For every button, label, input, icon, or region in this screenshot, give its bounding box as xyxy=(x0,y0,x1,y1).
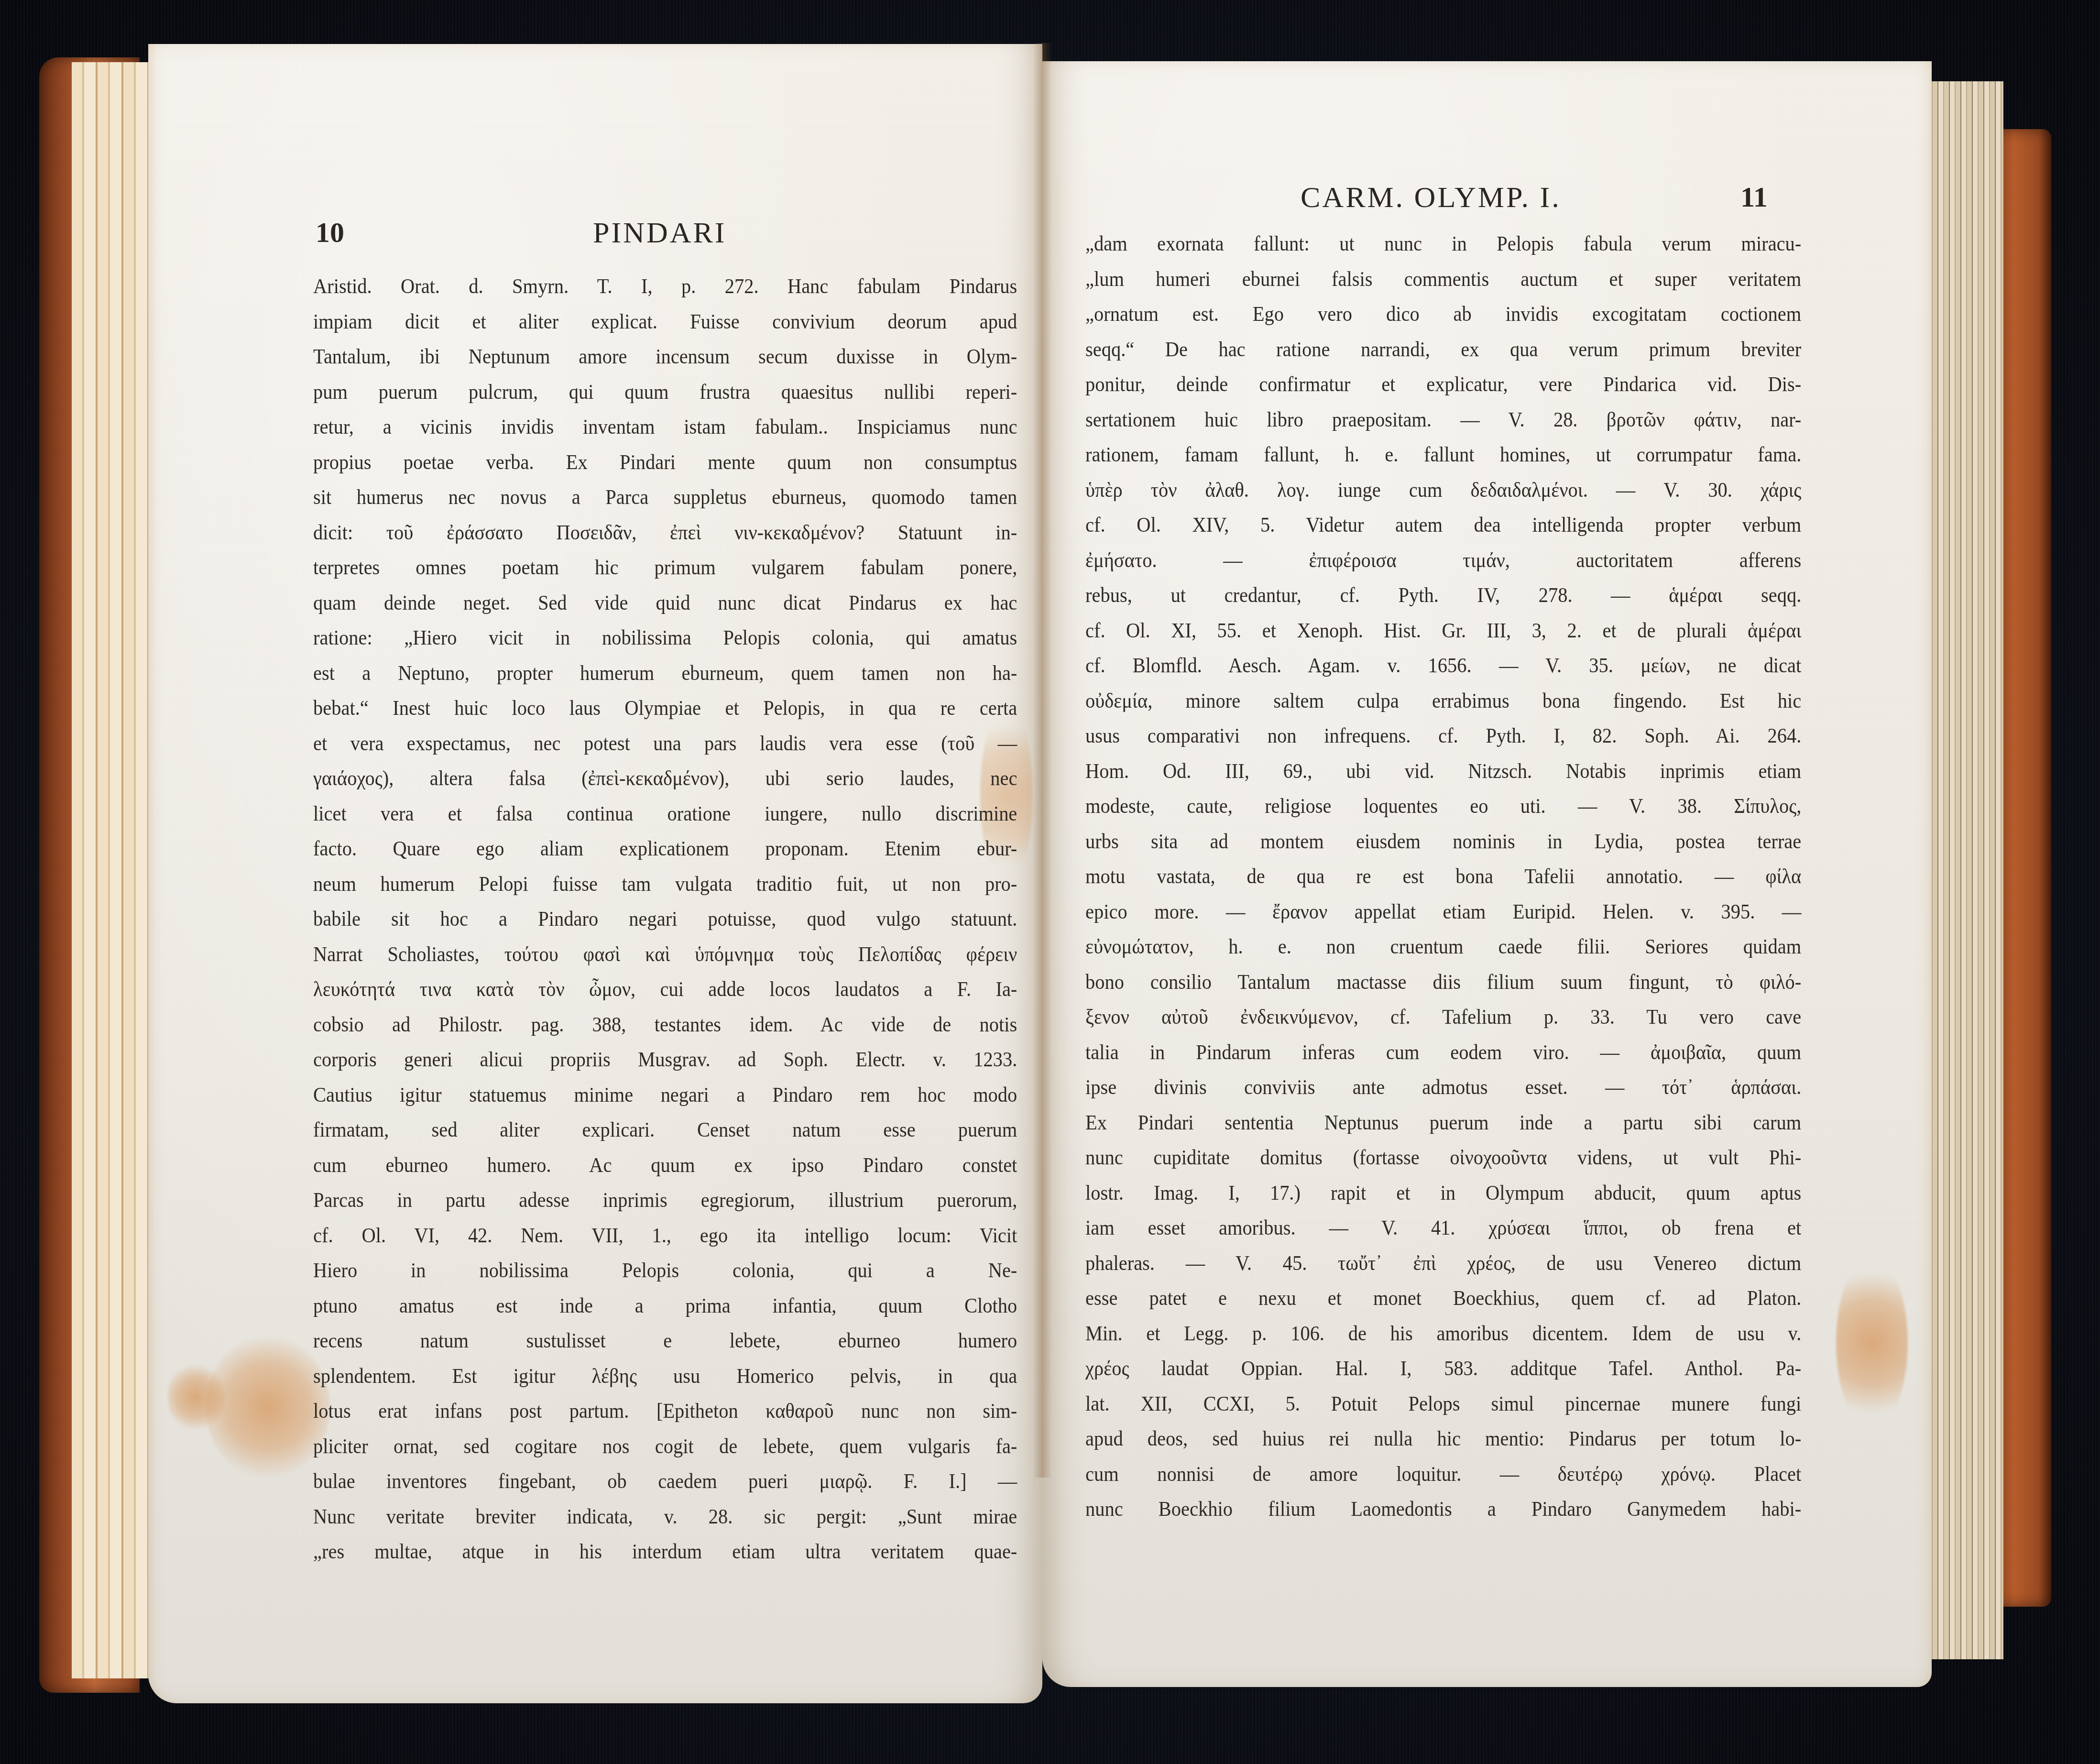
text-line: nunc Boeckhio filium Laomedontis a Pinda… xyxy=(1085,1491,1801,1527)
text-line: ξενον αὐτοῦ ἐνδεικνύμενον, cf. Tafelium … xyxy=(1085,999,1801,1035)
text-line: cobsio ad Philostr. pag. 388, testantes … xyxy=(313,1007,1017,1042)
page-edges-right xyxy=(1927,81,2003,1659)
text-line: propius poetae verba. Ex Pindari mente q… xyxy=(313,445,1017,480)
left-page: 10 PINDARI Aristid. Orat. d. Smyrn. T. I… xyxy=(148,44,1042,1703)
text-line: lostr. Imag. I, 17.) rapit et in Olympum… xyxy=(1085,1175,1801,1211)
text-line: iam esset amoribus. — V. 41. χρύσεαι ἵππ… xyxy=(1085,1210,1801,1246)
text-line: Hom. Od. III, 69., ubi vid. Nitzsch. Not… xyxy=(1085,754,1801,789)
text-line: cf. Ol. VI, 42. Nem. VII, 1., ego ita in… xyxy=(313,1218,1017,1253)
text-line: est a Neptuno, propter humerum eburneum,… xyxy=(313,656,1017,691)
text-line: phaleras. — V. 45. τωὔτ᾽ ἐπὶ χρέος, de u… xyxy=(1085,1246,1801,1281)
text-line: terpretes omnes poetam hic primum vulgar… xyxy=(313,550,1017,585)
text-line: rationem, famam fallunt, h. e. fallunt h… xyxy=(1085,437,1801,472)
text-line: „res multae, atque in his interdum etiam… xyxy=(313,1534,1017,1569)
text-line: cum nonnisi de amore loquitur. — δευτέρῳ… xyxy=(1085,1457,1801,1492)
foxing-stain xyxy=(206,1335,330,1479)
text-line: babile sit hoc a Pindaro negari potuisse… xyxy=(313,901,1017,937)
text-line: lat. XII, CCXI, 5. Potuit Pelops simul p… xyxy=(1085,1386,1801,1422)
text-line: urbs sita ad montem eiusdem nominis in L… xyxy=(1085,824,1801,859)
page-number: 10 xyxy=(316,216,344,249)
text-line: „lum humeri eburnei falsis commentis auc… xyxy=(1085,262,1801,297)
text-line: ratione: „Hiero vicit in nobilissima Pel… xyxy=(313,620,1017,656)
text-line: pliciter ornat, sed cogitare nos cogit d… xyxy=(313,1429,1017,1464)
text-line: corporis generi alicui propriis Musgrav.… xyxy=(313,1042,1017,1077)
text-line: „dam exornata fallunt: ut nunc in Pelopi… xyxy=(1085,226,1801,262)
text-line: cum eburneo humero. Ac quum ex ipso Pind… xyxy=(313,1148,1017,1183)
text-line: esse patet e nexu et monet Boeckhius, qu… xyxy=(1085,1281,1801,1316)
text-line: firmatam, sed aliter explicari. Censet n… xyxy=(313,1112,1017,1148)
text-line: usus comparativi non infrequens. cf. Pyt… xyxy=(1085,718,1801,754)
foxing-stain xyxy=(167,1364,225,1431)
right-page: CARM. OLYMP. I. 11 „dam exornata fallunt… xyxy=(1042,61,1932,1687)
page-number: 11 xyxy=(1740,181,1768,214)
text-line: impiam dicit et aliter explicat. Fuisse … xyxy=(313,304,1017,340)
text-line: ipse divinis conviviis ante admotus esse… xyxy=(1085,1070,1801,1105)
text-line: lotus erat infans post partum. [Epitheto… xyxy=(313,1393,1017,1429)
text-line: dicit: τοῦ ἐράσσατο Ποσειδᾶν, ἐπεὶ νιν-κ… xyxy=(313,515,1017,550)
text-line: Nunc veritate breviter indicata, v. 28. … xyxy=(313,1499,1017,1534)
text-line: rebus, ut credantur, cf. Pyth. IV, 278. … xyxy=(1085,578,1801,613)
text-line: λευκότητά τινα κατὰ τὸν ὦμον, cui adde l… xyxy=(313,972,1017,1007)
text-line: bono consilio Tantalum mactasse diis fil… xyxy=(1085,964,1801,1000)
text-line: γαιάοχος), altera falsa (ἐπεὶ-κεκαδμένον… xyxy=(313,761,1017,796)
text-line: et vera exspectamus, nec potest una pars… xyxy=(313,726,1017,761)
text-line: χρέος laudat Oppian. Hal. I, 583. additq… xyxy=(1085,1351,1801,1386)
text-line: recens natum sustulisset e lebete, eburn… xyxy=(313,1323,1017,1359)
text-line: nunc cupiditate domitus (fortasse οἰνοχο… xyxy=(1085,1140,1801,1175)
text-line: epico more. — ἔρανον appellat etiam Euri… xyxy=(1085,894,1801,930)
text-line: motu vastata, de qua re est bona Tafelii… xyxy=(1085,859,1801,894)
right-page-text: „dam exornata fallunt: ut nunc in Pelopi… xyxy=(1085,226,1803,1527)
text-line: εὐνομώτατον, h. e. non cruentum caede fi… xyxy=(1085,929,1801,964)
text-line: splendentem. Est igitur λέβης usu Homeri… xyxy=(313,1359,1017,1394)
text-line: modeste, caute, religiose loquentes eo u… xyxy=(1085,789,1801,824)
text-line: pum puerum pulcrum, qui quum frustra qua… xyxy=(313,374,1017,410)
text-line: Aristid. Orat. d. Smyrn. T. I, p. 272. H… xyxy=(313,269,1017,304)
text-line: neum humerum Pelopi fuisse tam vulgata t… xyxy=(313,866,1017,902)
foxing-stain xyxy=(1836,1257,1908,1429)
text-line: ἐμήσατο. — ἐπιφέροισα τιμάν, auctoritate… xyxy=(1085,543,1801,578)
text-line: bebat.“ Inest huic loco laus Olympiae et… xyxy=(313,690,1017,726)
text-line: talia in Pindarum inferas cum eodem viro… xyxy=(1085,1035,1801,1070)
text-line: ptuno amatus est inde a prima infantia, … xyxy=(313,1288,1017,1324)
text-line: retur, a vicinis invidis inventam istam … xyxy=(313,409,1017,445)
text-line: facto. Quare ego aliam explicationem pro… xyxy=(313,831,1017,866)
running-title: CARM. OLYMP. I. xyxy=(1301,181,1561,215)
text-line: „ornatum est. Ego vero dico ab invidis e… xyxy=(1085,296,1801,332)
text-line: bulae inventores fingebant, ob caedem pu… xyxy=(313,1464,1017,1499)
text-line: ὑπὲρ τὸν ἀλαθ. λογ. iunge cum δεδαιδαλμέ… xyxy=(1085,472,1801,508)
text-line: Parcas in partu adesse inprimis egregior… xyxy=(313,1183,1017,1218)
text-line: cf. Ol. XIV, 5. Videtur autem dea intell… xyxy=(1085,507,1801,543)
left-page-text: Aristid. Orat. d. Smyrn. T. I, p. 272. H… xyxy=(313,269,1018,1569)
text-line: οὐδεμία, minore saltem culpa errabimus b… xyxy=(1085,683,1801,719)
text-line: licet vera et falsa continua oratione iu… xyxy=(313,796,1017,832)
text-line: sertationem huic libro praepositam. — V.… xyxy=(1085,402,1801,438)
text-line: seqq.“ De hac ratione narrandi, ex qua v… xyxy=(1085,332,1801,367)
text-line: quam deinde neget. Sed vide quid nunc di… xyxy=(313,585,1017,621)
text-line: Cautius igitur statuemus minime negari a… xyxy=(313,1077,1017,1113)
text-line: cf. Blomfld. Aesch. Agam. v. 1656. — V. … xyxy=(1085,648,1801,683)
text-line: cf. Ol. XI, 55. et Xenoph. Hist. Gr. III… xyxy=(1085,613,1801,648)
text-line: Hiero in nobilissima Pelopis colonia, qu… xyxy=(313,1253,1017,1288)
text-line: ponitur, deinde confirmatur et explicatu… xyxy=(1085,367,1801,402)
text-line: Ex Pindari sententia Neptunus puerum ind… xyxy=(1085,1105,1801,1140)
text-line: Tantalum, ibi Neptunum amore incensum se… xyxy=(313,339,1017,374)
page-edges-left xyxy=(72,62,155,1678)
running-title: PINDARI xyxy=(593,216,726,250)
text-line: Min. et Legg. p. 106. de his amoribus di… xyxy=(1085,1316,1801,1351)
text-line: sit humerus nec novus a Parca suppletus … xyxy=(313,480,1017,515)
text-line: apud deos, sed huius rei nulla hic menti… xyxy=(1085,1421,1801,1457)
text-line: Narrat Scholiastes, τούτου φασὶ καὶ ὑπόμ… xyxy=(313,937,1017,972)
